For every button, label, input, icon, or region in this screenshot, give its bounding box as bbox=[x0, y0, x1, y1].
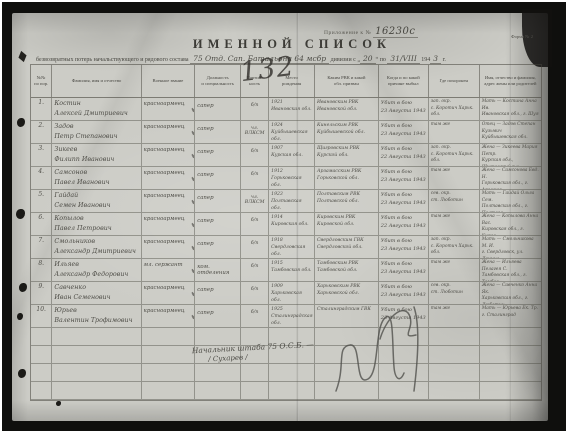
empty-cell bbox=[31, 382, 52, 399]
document-sheet: Приложение к № 16230с Форма № 2 ИМЕННОЙ … bbox=[12, 13, 548, 421]
position-cell: сапер bbox=[195, 144, 241, 166]
row-number-cell: 5. bbox=[31, 190, 52, 212]
pencil-checkmark-icon: ✓ bbox=[186, 190, 195, 212]
pencil-checkmark-icon: ✓ bbox=[186, 236, 195, 258]
name-cell: Самсонов Павел Иванович bbox=[52, 167, 141, 189]
empty-table-row bbox=[31, 382, 541, 400]
relatives-cell: Жена — Самсонова Евд. Н. Горьковская обл… bbox=[480, 167, 541, 189]
subtitle-handwritten-entry: 31/VIII bbox=[387, 54, 419, 64]
drafted-by-cell: Арзамасским РВК Горьковской обл. bbox=[315, 167, 379, 189]
row-number-cell: 6. bbox=[31, 213, 52, 235]
table-row: 1.Костин Алексей Дмитриевичкрасноармеец✓… bbox=[31, 98, 541, 121]
empty-cell bbox=[269, 382, 315, 399]
table-header-cell: Должность и специальность bbox=[195, 65, 241, 97]
birthplace-cell: 1923 Полтавская обл. bbox=[269, 190, 315, 212]
name-cell: Задов Петр Степанович bbox=[52, 121, 141, 143]
party-cell: б/п bbox=[241, 98, 269, 120]
burial-cell: зап. окр. с. Коротич Харьк. обл. bbox=[429, 236, 480, 258]
rank-cell: красноармеец✓ bbox=[142, 305, 196, 327]
row-number-cell: 1. bbox=[31, 98, 52, 120]
scanner-background: Приложение к № 16230с Форма № 2 ИМЕННОЙ … bbox=[2, 2, 566, 431]
page-count-pencil-mark: 132 bbox=[239, 53, 296, 86]
relatives-cell: Мать — Гайдай Ольга Сем. Полтавская обл.… bbox=[480, 190, 541, 212]
relatives-cell: Мать — Костина Анна Ив. Ивановская обл.,… bbox=[480, 98, 541, 120]
drafted-by-cell: Кинельским РВК Куйбышевской обл. bbox=[315, 121, 379, 143]
relatives-cell: Жена — Ильяева Пелагея С. Тамбовская обл… bbox=[480, 259, 541, 281]
rank-cell: красноармеец✓ bbox=[142, 236, 196, 258]
party-cell: б/п bbox=[241, 167, 269, 189]
punch-hole bbox=[19, 283, 27, 292]
table-row: 2.Задов Петр Степановичкрасноармеец✓сапе… bbox=[31, 121, 541, 144]
position-cell: сапер bbox=[195, 98, 241, 120]
rank-cell: мл. сержант✓ bbox=[142, 259, 196, 281]
birthplace-cell: 1914 Кировская обл. bbox=[269, 213, 315, 235]
birthplace-cell: 1918 Свердловская обл. bbox=[269, 236, 315, 258]
relatives-cell: Отец — Задов Степан Кузьмич Куйбышевская… bbox=[480, 121, 541, 143]
rank-cell: красноармеец✓ bbox=[142, 213, 196, 235]
punch-hole bbox=[17, 118, 25, 127]
subtitle-printed-text: безвозвратных потерь начальствующего и р… bbox=[36, 57, 190, 63]
casualty-cell: Убит в бою 23 Августа 1943 bbox=[379, 98, 429, 120]
table-row: 7.Смольников Александр Дмитриевичкрасноа… bbox=[31, 236, 541, 259]
empty-cell bbox=[195, 364, 241, 381]
table-header-cell: Имя, отчество и фамилия, адрес жены или … bbox=[480, 65, 541, 97]
rank-cell: красноармеец✓ bbox=[142, 121, 196, 143]
burial-cell: там же bbox=[429, 121, 480, 143]
burial-cell: там же bbox=[429, 167, 480, 189]
position-cell: сапер bbox=[195, 190, 241, 212]
relatives-cell: Мать — Смольникова М. И. г. Свердловск, … bbox=[480, 236, 541, 258]
burial-cell: там же bbox=[429, 259, 480, 281]
appendix-printed-label: Приложение к № bbox=[324, 30, 371, 36]
row-number-cell: 9. bbox=[31, 282, 52, 304]
relatives-cell: Жена — Копылова Анна Вас. Кировская обл.… bbox=[480, 213, 541, 235]
name-cell: Зикеев Филипп Иванович bbox=[52, 144, 141, 166]
empty-cell bbox=[142, 364, 196, 381]
appendix-annotation: Приложение к № 16230с bbox=[324, 26, 418, 37]
burial-cell: зап. окр. с. Коротич Харьк. обл. bbox=[429, 144, 480, 166]
birthplace-cell: 1912 Горьковская обл. bbox=[269, 167, 315, 189]
name-cell: Костин Алексей Дмитриевич bbox=[52, 98, 141, 120]
table-header-cell: Когда и по какой причине выбыл bbox=[379, 65, 429, 97]
row-number-cell: 2. bbox=[31, 121, 52, 143]
row-number-cell: 3. bbox=[31, 144, 52, 166]
name-cell: Юрьев Валентин Трофимович bbox=[52, 305, 141, 327]
birthplace-cell: 1909 Харьковская обл. bbox=[269, 282, 315, 304]
empty-table-row bbox=[31, 364, 541, 382]
table-header-cell: Каким РВК и какой обл. призван bbox=[315, 65, 379, 97]
drafted-by-cell: Тамбовским РВК Тамбовской обл. bbox=[315, 259, 379, 281]
row-number-cell: 7. bbox=[31, 236, 52, 258]
birthplace-cell: 1915 Тамбовская обл. bbox=[269, 259, 315, 281]
table-row: 10.Юрьев Валентин Трофимовичкрасноармеец… bbox=[31, 305, 541, 328]
party-cell: б/п bbox=[241, 213, 269, 235]
rank-cell: красноармеец✓ bbox=[142, 282, 196, 304]
table-row: 5.Гайдай Семен Ивановичкрасноармеец✓сапе… bbox=[31, 190, 541, 213]
punch-hole bbox=[16, 209, 25, 219]
empty-cell bbox=[480, 382, 541, 399]
pencil-checkmark-icon: ✓ bbox=[186, 144, 195, 166]
rank-cell: красноармеец✓ bbox=[142, 144, 196, 166]
table-header-cell: Фамилия, имя и отчество bbox=[52, 65, 141, 97]
subtitle-printed-text: 194 bbox=[420, 57, 431, 63]
empty-cell bbox=[31, 346, 52, 363]
position-cell: сапер bbox=[195, 167, 241, 189]
drafted-by-cell: Кировским РВК Кировской обл. bbox=[315, 213, 379, 235]
punch-hole bbox=[56, 401, 61, 406]
name-cell: Смольников Александр Дмитриевич bbox=[52, 236, 141, 258]
burial-cell: зап. окр. с. Коротич Харьк. обл. bbox=[429, 98, 480, 120]
subtitle-handwritten-entry: 3 bbox=[430, 54, 441, 64]
table-row: 3.Зикеев Филипп Ивановичкрасноармеец✓сап… bbox=[31, 144, 541, 167]
empty-cell bbox=[269, 364, 315, 381]
party-cell: б/п bbox=[241, 236, 269, 258]
rank-cell: красноармеец✓ bbox=[142, 98, 196, 120]
party-cell: чл. ВЛКСМ bbox=[241, 190, 269, 212]
pencil-checkmark-icon: ✓ bbox=[186, 121, 195, 143]
relatives-cell: Жена — Савченко Анна Як. Харьковская обл… bbox=[480, 282, 541, 304]
empty-cell bbox=[241, 382, 269, 399]
birthplace-cell: 1921 Ивановская обл. bbox=[269, 98, 315, 120]
empty-cell bbox=[52, 382, 141, 399]
pencil-checkmark-icon: ✓ bbox=[186, 282, 195, 304]
subtitle-printed-text: дивизии с „ bbox=[329, 57, 360, 63]
subtitle-printed-text: г. bbox=[441, 57, 446, 63]
pencil-checkmark-icon: ✓ bbox=[186, 213, 195, 235]
rank-cell: красноармеец✓ bbox=[142, 190, 196, 212]
party-cell: чл. ВЛКСМ bbox=[241, 121, 269, 143]
empty-cell bbox=[241, 364, 269, 381]
scan-frame: Приложение к № 16230с Форма № 2 ИМЕННОЙ … bbox=[0, 0, 568, 433]
casualty-cell: Убит в бою 23 Августа 1943 bbox=[379, 167, 429, 189]
name-cell: Копылов Павел Петрович bbox=[52, 213, 141, 235]
table-row: 8.Ильяев Александр Федоровичмл. сержант✓… bbox=[31, 259, 541, 282]
position-cell: сапер bbox=[195, 305, 241, 327]
position-cell: ком. отделения bbox=[195, 259, 241, 281]
row-number-cell: 8. bbox=[31, 259, 52, 281]
punch-hole bbox=[18, 369, 26, 378]
subtitle-handwritten-entry: 20 bbox=[360, 54, 376, 64]
empty-cell bbox=[480, 346, 541, 363]
empty-cell bbox=[142, 328, 196, 345]
pencil-checkmark-icon: ✓ bbox=[186, 305, 195, 327]
birthplace-cell: 1907 Курская обл. bbox=[269, 144, 315, 166]
empty-cell bbox=[31, 364, 52, 381]
table-header-cell: Где похоронен bbox=[429, 65, 480, 97]
name-cell: Савченко Иван Семенович bbox=[52, 282, 141, 304]
burial-cell: там же bbox=[429, 213, 480, 235]
burial-cell: сев. окр. ст. Люботин bbox=[429, 190, 480, 212]
pencil-checkmark-icon: ✓ bbox=[186, 167, 195, 189]
table-row: 4.Самсонов Павел Ивановичкрасноармеец✓са… bbox=[31, 167, 541, 190]
table-row: 9.Савченко Иван Семеновичкрасноармеец✓са… bbox=[31, 282, 541, 305]
relatives-cell: Жена — Зикеева Мария Петр. Курская обл.,… bbox=[480, 144, 541, 166]
position-cell: сапер bbox=[195, 121, 241, 143]
party-cell: б/п bbox=[241, 282, 269, 304]
table-header-cell: №№ по пор. bbox=[31, 65, 52, 97]
row-number-cell: 4. bbox=[31, 167, 52, 189]
table-header-cell: Военное звание bbox=[142, 65, 196, 97]
pencil-checkmark-icon: ✓ bbox=[186, 98, 195, 120]
punch-hole bbox=[17, 313, 23, 320]
casualty-cell: Убит в бою 23 Августа 1943 bbox=[379, 190, 429, 212]
position-cell: сапер bbox=[195, 236, 241, 258]
pin-hole bbox=[18, 51, 26, 62]
name-cell: Гайдай Семен Иванович bbox=[52, 190, 141, 212]
drafted-by-cell: Щигровским РВК Курской обл. bbox=[315, 144, 379, 166]
casualty-cell: Убит в бою 22 Августа 1943 bbox=[379, 144, 429, 166]
table-row: 6.Копылов Павел Петровичкрасноармеец✓сап… bbox=[31, 213, 541, 236]
row-number-cell: 10. bbox=[31, 305, 52, 327]
empty-cell bbox=[52, 328, 141, 345]
party-cell: б/п bbox=[241, 305, 269, 327]
party-cell: б/п bbox=[241, 259, 269, 281]
drafted-by-cell: Свердловским ГВК Свердловской обл. bbox=[315, 236, 379, 258]
casualty-cell: Убит в бою 23 Августа 1943 bbox=[379, 236, 429, 258]
casualty-cell: Убит в бою 23 Августа 1943 bbox=[379, 121, 429, 143]
drafted-by-cell: Ивановским РВК Ивановской обл. bbox=[315, 98, 379, 120]
birthplace-cell: 1925 Сталинградская обл. bbox=[269, 305, 315, 327]
empty-cell bbox=[142, 382, 196, 399]
relatives-cell: Мать — Юрьева Ек. Тр. г. Сталинград bbox=[480, 305, 541, 327]
form-number-label: Форма № 2 bbox=[511, 35, 533, 40]
birthplace-cell: 1924 Куйбышевская обл. bbox=[269, 121, 315, 143]
casualty-cell: Убит в бою 23 Августа 1943 bbox=[379, 259, 429, 281]
drafted-by-cell: Полтавским РВК Полтавской обл. bbox=[315, 190, 379, 212]
signature-scrawl bbox=[328, 295, 438, 400]
empty-cell bbox=[142, 346, 196, 363]
position-cell: сапер bbox=[195, 282, 241, 304]
empty-cell bbox=[480, 328, 541, 345]
empty-cell bbox=[31, 328, 52, 345]
rank-cell: красноармеец✓ bbox=[142, 167, 196, 189]
empty-cell bbox=[195, 382, 241, 399]
party-cell: б/п bbox=[241, 144, 269, 166]
empty-cell bbox=[52, 346, 141, 363]
empty-cell bbox=[195, 328, 241, 345]
position-cell: сапер bbox=[195, 213, 241, 235]
subtitle-printed-text: “ по bbox=[376, 57, 388, 63]
casualty-cell: Убит в бою 22 Августа 1943 bbox=[379, 213, 429, 235]
empty-cell bbox=[480, 364, 541, 381]
name-cell: Ильяев Александр Федорович bbox=[52, 259, 141, 281]
page-title: ИМЕННОЙ СПИСОК bbox=[122, 38, 462, 51]
pencil-checkmark-icon: ✓ bbox=[186, 259, 195, 281]
empty-cell bbox=[52, 364, 141, 381]
